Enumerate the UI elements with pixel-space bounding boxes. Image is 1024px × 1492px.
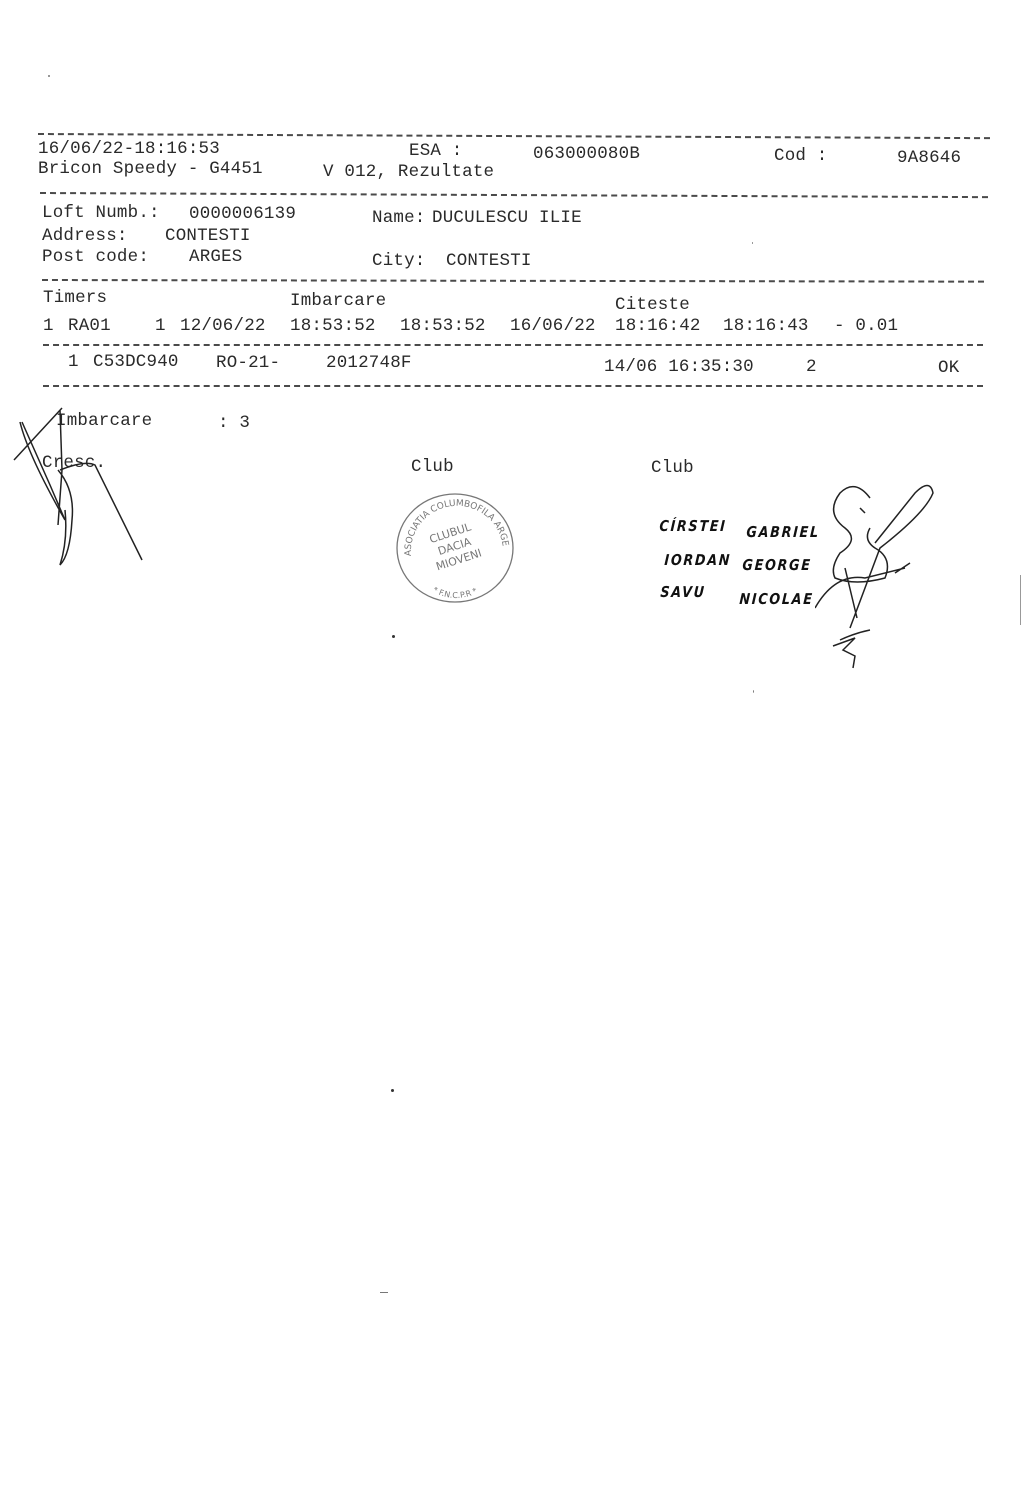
cod-label: Cod :	[774, 146, 828, 166]
signature-left	[0, 400, 160, 580]
imbarcare-header: Imbarcare	[290, 291, 386, 311]
cod-value: 9A8646	[897, 148, 961, 168]
commission-member-2-last: GEORGE	[742, 556, 812, 574]
scan-speck	[753, 690, 754, 693]
report-datetime: 16/06/22-18:16:53	[38, 139, 220, 159]
bird-ring-number: 2012748F	[326, 353, 412, 373]
bird-index: 1	[68, 352, 79, 372]
commission-member-3-last: NICOLAE	[739, 590, 814, 608]
bird-arrival: 14/06 16:35:30	[604, 357, 754, 377]
scan-edge	[1020, 575, 1021, 625]
loft-number-label: Loft Numb.:	[42, 203, 160, 223]
citeste-date: 16/06/22	[510, 316, 596, 336]
citeste-time-2: 18:16:43	[723, 316, 809, 336]
svg-text:* F.N.C.P.R *: * F.N.C.P.R *	[431, 585, 478, 600]
imbarcare-time-2: 18:53:52	[400, 316, 486, 336]
device-name: Bricon Speedy - G4451	[38, 159, 263, 179]
signature-right	[815, 478, 945, 673]
stamp-bottom-text: * F.N.C.P.R *	[431, 585, 478, 600]
citeste-time-1: 18:16:42	[615, 316, 701, 336]
separator-birds	[43, 385, 983, 387]
timer-id: RA01	[68, 316, 111, 336]
timer-index: 1	[43, 316, 54, 336]
timer-count: 1	[155, 316, 166, 336]
scan-speck	[380, 1292, 388, 1293]
bird-ring-prefix: RO-21-	[216, 353, 280, 373]
address-label: Address:	[42, 226, 128, 246]
scan-speck	[752, 242, 753, 244]
loft-number-value: 0000006139	[189, 204, 296, 224]
city-value: CONTESTI	[446, 251, 532, 271]
imbarcare-date: 12/06/22	[180, 316, 266, 336]
name-label: Name:	[372, 208, 426, 228]
version-label: V 012, Rezultate	[323, 162, 494, 182]
city-label: City:	[372, 251, 426, 271]
address-value: CONTESTI	[165, 226, 251, 246]
club-label-left: Club	[411, 457, 454, 477]
bird-status: OK	[938, 358, 959, 378]
bird-chip: C53DC940	[93, 352, 179, 372]
separator-fancier	[42, 279, 984, 283]
club-label-right: Club	[651, 458, 694, 478]
commission-member-1-last: GABRIEL	[746, 523, 820, 541]
esa-value: 063000080B	[533, 144, 640, 164]
deviation: - 0.01	[834, 316, 898, 336]
imbarcare-summary-value: : 3	[218, 413, 250, 433]
imbarcare-time-1: 18:53:52	[290, 316, 376, 336]
scan-speck	[392, 635, 395, 638]
separator-timers	[43, 344, 983, 346]
postcode-value: ARGES	[189, 247, 243, 267]
timers-header: Timers	[43, 288, 107, 308]
club-stamp: ASOCIATIA COLUMBOFILA ARGES * F.N.C.P.R …	[393, 492, 517, 604]
commission-member-1-first: CÍRSTEI	[659, 517, 727, 535]
commission-member-3-first: SAVU	[660, 583, 706, 601]
commission-member-2-first: IORDAN	[664, 551, 732, 569]
scan-speck	[48, 75, 50, 77]
separator-header	[40, 192, 988, 198]
citeste-header: Citeste	[615, 295, 690, 315]
scan-speck	[391, 1089, 394, 1092]
bird-count: 2	[806, 357, 817, 377]
esa-label: ESA :	[409, 141, 463, 161]
postcode-label: Post code:	[42, 247, 149, 267]
name-value: DUCULESCU ILIE	[432, 208, 582, 228]
